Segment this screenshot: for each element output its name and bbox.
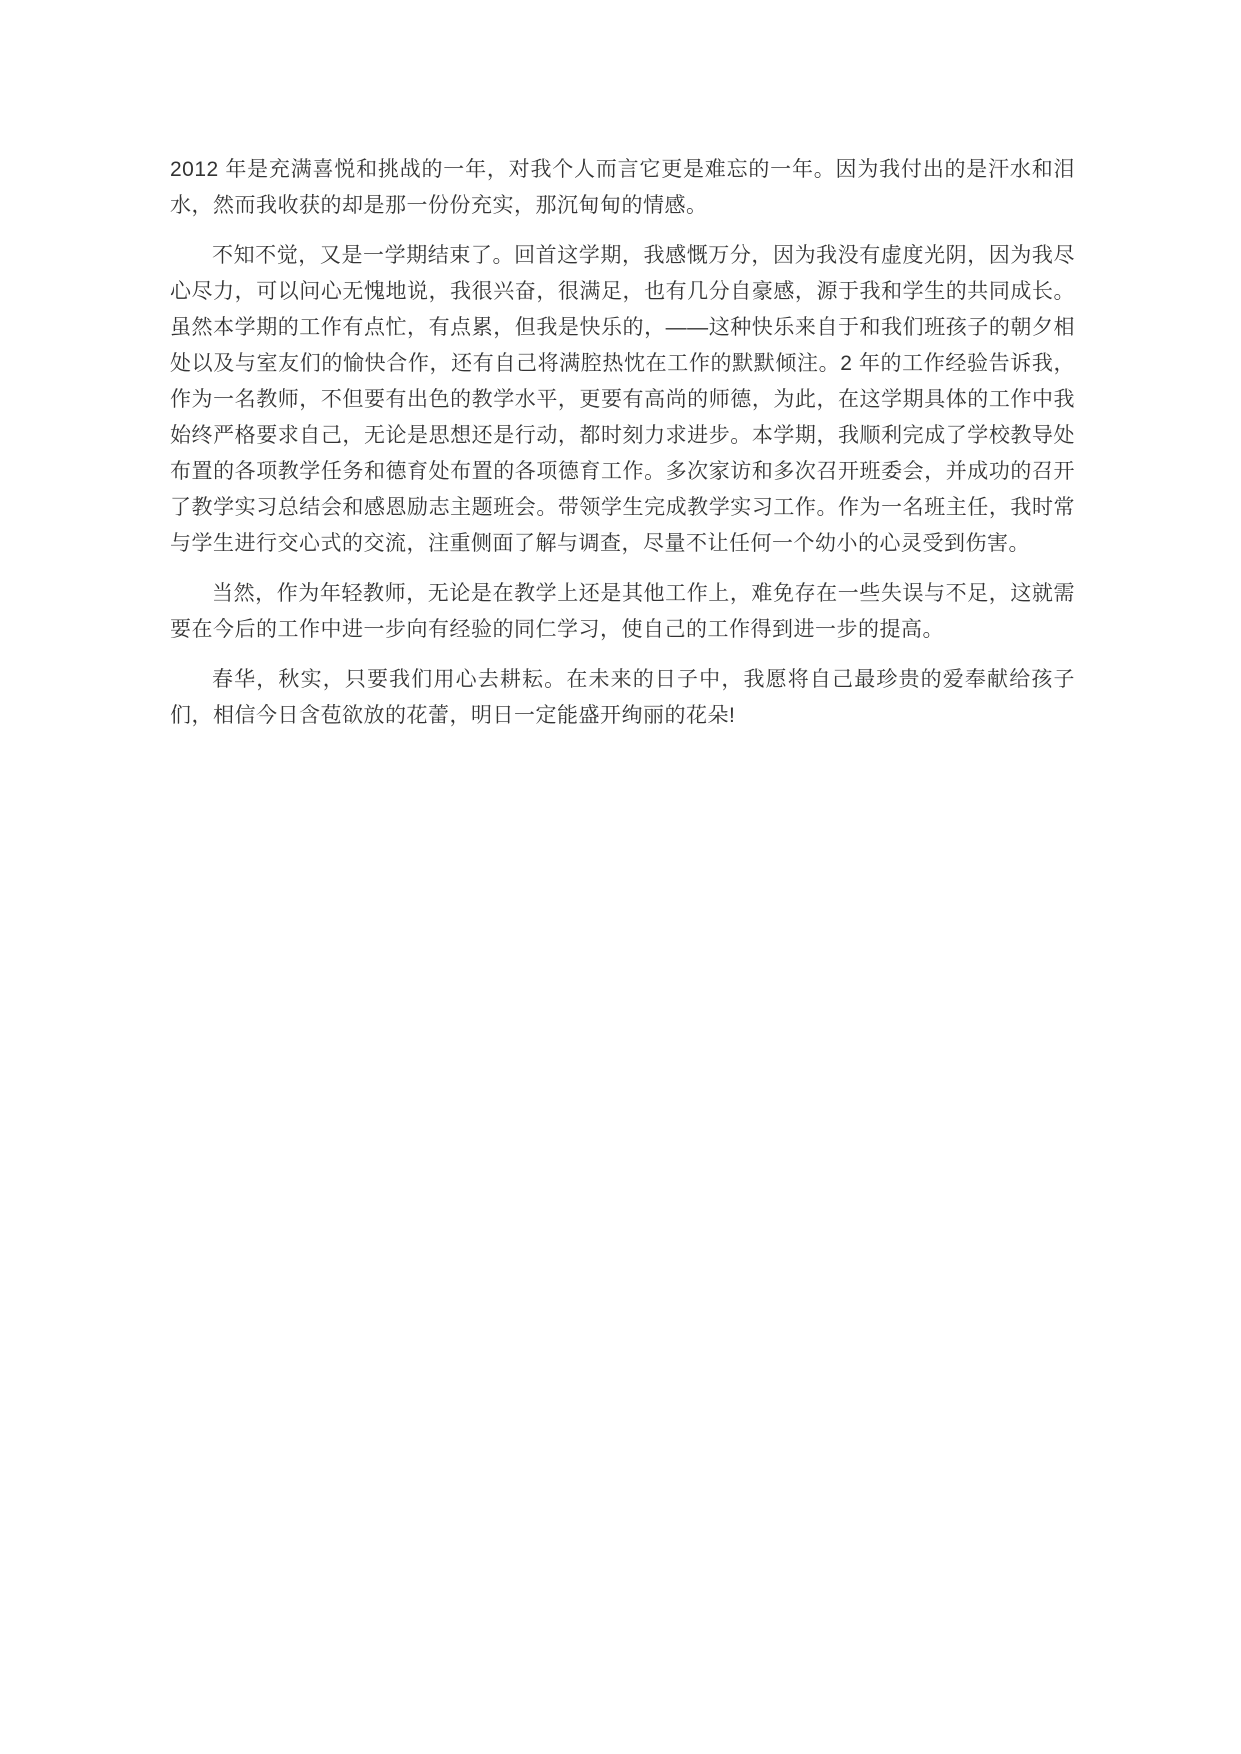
- document-body: 2012 年是充满喜悦和挑战的一年，对我个人而言它更是难忘的一年。因为我付出的是…: [170, 152, 1075, 734]
- paragraph-intro: 2012 年是充满喜悦和挑战的一年，对我个人而言它更是难忘的一年。因为我付出的是…: [170, 152, 1075, 224]
- paragraph-semester-review: 不知不觉，又是一学期结束了。回首这学期，我感慨万分，因为我没有虚度光阴，因为我尽…: [170, 238, 1075, 562]
- document-page: 2012 年是充满喜悦和挑战的一年，对我个人而言它更是难忘的一年。因为我付出的是…: [0, 0, 1241, 1754]
- paragraph-shortcomings: 当然，作为年轻教师，无论是在教学上还是其他工作上，难免存在一些失误与不足，这就需…: [170, 576, 1075, 648]
- paragraph-closing: 春华，秋实，只要我们用心去耕耘。在未来的日子中，我愿将自己最珍贵的爱奉献给孩子们…: [170, 662, 1075, 734]
